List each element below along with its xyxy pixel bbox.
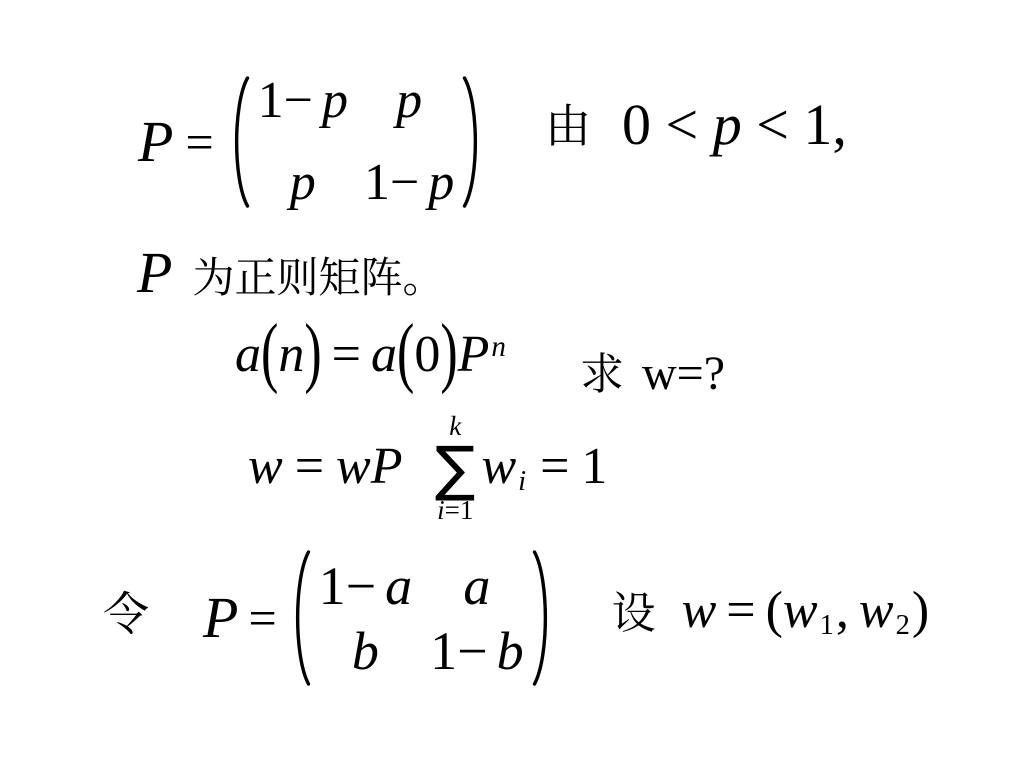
w-vector-expression: w=(w1,w2): [682, 585, 930, 641]
a-symbol: a: [235, 326, 261, 383]
sigma-icon: ∑: [435, 442, 475, 496]
matrix-lhs-symbol: P: [138, 113, 173, 171]
ask-label: 求: [580, 353, 624, 397]
p-symbol: P: [137, 244, 172, 302]
n-symbol: n: [278, 326, 304, 383]
right-parenthesis-icon: [530, 548, 556, 688]
equals-sign: =: [540, 438, 569, 495]
cell-variable: b: [497, 621, 524, 681]
index-variable: i: [437, 495, 445, 525]
formula-transition-matrix: P = 1−p p p 1−p: [138, 74, 486, 210]
suppose-label: 设: [612, 592, 656, 636]
left-parenthesis-icon: [287, 548, 313, 688]
matrix-entries: 1−a a b 1−b: [319, 559, 524, 678]
comma: ,: [836, 582, 849, 639]
left-parenthesis: (: [397, 314, 414, 392]
cell-variable: a: [463, 556, 490, 616]
right-parenthesis: ): [304, 314, 321, 392]
w-symbol: w: [248, 438, 283, 495]
matrix-cell-21: p: [290, 157, 316, 209]
matrix-cell-22: 1−b: [430, 624, 523, 678]
sum-body: wi=1: [481, 441, 607, 497]
condition-post: < 1,: [742, 92, 847, 157]
matrix-cell-12: a: [463, 559, 490, 613]
subscript-1: 1: [820, 610, 834, 641]
matrix-cell-11: 1−a: [319, 559, 412, 613]
p-symbol: P: [458, 326, 490, 383]
condition-expression: 0 < p < 1,: [622, 96, 847, 154]
right-parenthesis-icon: [460, 74, 486, 210]
one-digit: 1: [581, 438, 607, 495]
cell-number: 1−: [430, 621, 487, 681]
cell-number: 1−: [319, 556, 376, 616]
cell-number: 1−: [258, 72, 313, 129]
cell-variable: p: [322, 72, 348, 129]
cell-variable: p: [428, 154, 454, 211]
exponent-n: n: [491, 331, 506, 363]
let-label: 令: [103, 592, 149, 638]
matrix-cell-21: b: [352, 624, 379, 678]
subscript-i: i: [518, 466, 526, 497]
summation: k ∑ i=1: [435, 412, 475, 525]
given-label: 由: [545, 104, 591, 150]
index-start: =1: [445, 495, 474, 525]
cell-variable: p: [290, 154, 316, 211]
right-parenthesis: ): [912, 582, 929, 639]
evolution-equation: a(n)=a(0)Pn: [235, 329, 506, 381]
equals-sign: =: [332, 326, 361, 383]
matrix-entries: 1−p p p 1−p: [258, 75, 455, 209]
equals-sign: =: [726, 582, 755, 639]
w1-symbol: w: [783, 582, 818, 639]
matrix-cell-12: p: [396, 75, 422, 127]
condition-pre: 0 <: [622, 92, 713, 157]
w-symbol: w: [481, 438, 516, 495]
matrix-cell-11: 1−p: [258, 75, 348, 127]
stationary-equation: w=wP: [248, 441, 402, 493]
equals-sign: =: [248, 593, 276, 643]
let-matrix-row: 令 P = 1−a a b 1−b 设 w=(w1,w2): [103, 548, 929, 688]
w-symbol: w: [682, 582, 717, 639]
statement-text: 为正则矩阵。: [192, 258, 444, 300]
normalization-equation: k ∑ i=1 wi=1: [435, 412, 607, 525]
cell-variable: p: [396, 72, 422, 129]
left-parenthesis-icon: [226, 74, 252, 210]
sum-lower-limit: i=1: [437, 496, 473, 526]
find-w-question: 求 w=?: [580, 350, 725, 398]
zero-digit: 0: [414, 326, 440, 383]
subscript-2: 2: [896, 610, 910, 641]
cell-number: 1−: [364, 154, 419, 211]
slide-canvas: P = 1−p p p 1−p 由 0 < p < 1, P 为正则矩阵。 a(…: [0, 0, 1024, 768]
matrix-cell-22: 1−p: [364, 157, 454, 209]
cell-variable: a: [385, 556, 412, 616]
right-parenthesis: ): [440, 314, 457, 392]
wp-symbol: wP: [336, 438, 402, 495]
cell-variable: b: [352, 621, 379, 681]
a-symbol: a: [371, 326, 397, 383]
condition-variable: p: [713, 92, 742, 157]
ask-expression: w=?: [642, 350, 725, 398]
equals-sign: =: [295, 438, 324, 495]
equals-sign: =: [185, 117, 213, 167]
left-parenthesis: (: [261, 314, 278, 392]
matrix-lhs-symbol: P: [203, 589, 238, 647]
w2-symbol: w: [859, 582, 894, 639]
left-parenthesis: (: [766, 582, 783, 639]
regular-matrix-statement: P 为正则矩阵。: [137, 244, 444, 302]
